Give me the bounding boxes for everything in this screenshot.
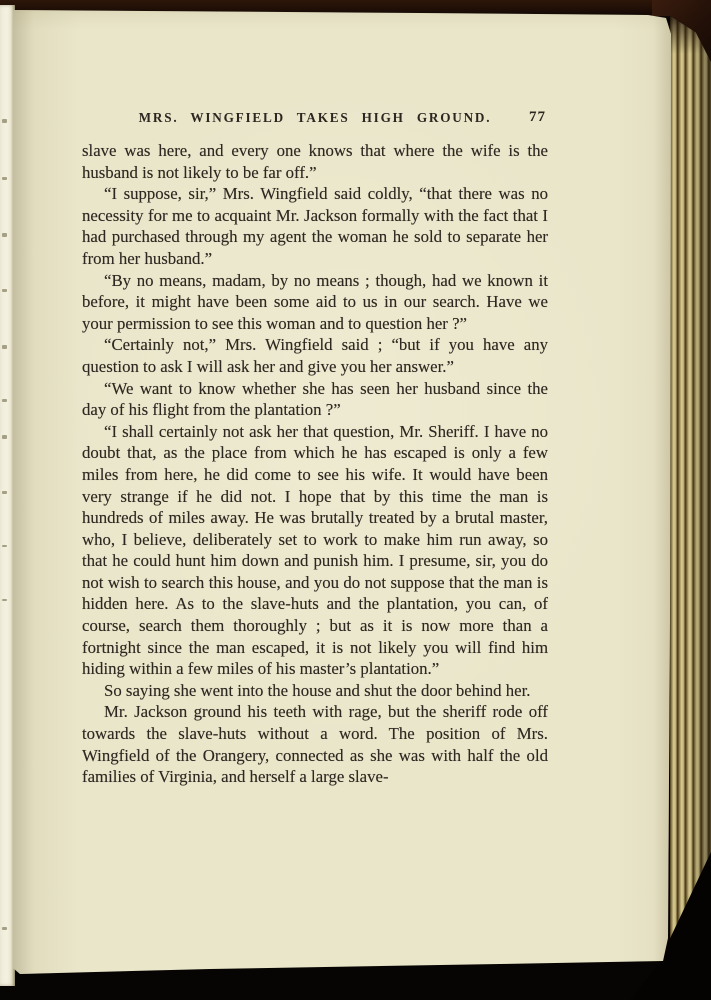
print-bleed-mark — [2, 545, 7, 547]
page-number: 77 — [529, 109, 546, 126]
facing-page-edge — [0, 5, 15, 986]
print-bleed-mark — [2, 289, 7, 292]
print-bleed-mark — [2, 435, 7, 439]
body-paragraph: “I suppose, sir,” Mrs. Wingfield said co… — [82, 183, 548, 269]
fore-edge-page-stack — [670, 12, 711, 968]
body-paragraph: Mr. Jackson ground his teeth with rage, … — [82, 701, 548, 787]
body-paragraph: So saying she went into the house and sh… — [82, 680, 548, 702]
page-body: slave was here, and every one knows that… — [82, 140, 548, 788]
body-paragraph: “I shall certainly not ask her that ques… — [82, 421, 548, 680]
print-bleed-mark — [2, 119, 7, 123]
running-header: MRS. WINGFIELD TAKES HIGH GROUND. 77 — [82, 110, 548, 130]
book-page: MRS. WINGFIELD TAKES HIGH GROUND. 77 sla… — [0, 0, 711, 1000]
body-paragraph: “Certainly not,” Mrs. Wingfield said ; “… — [82, 334, 548, 377]
print-bleed-mark — [2, 233, 7, 237]
print-bleed-mark — [2, 345, 7, 349]
running-title: MRS. WINGFIELD TAKES HIGH GROUND. — [82, 110, 548, 126]
print-bleed-mark — [2, 491, 7, 494]
body-paragraph: “We want to know whether she has seen he… — [82, 378, 548, 421]
print-bleed-mark — [2, 399, 7, 402]
print-bleed-mark — [2, 927, 7, 930]
print-bleed-mark — [2, 599, 7, 601]
scanned-book-photo: MRS. WINGFIELD TAKES HIGH GROUND. 77 sla… — [0, 0, 711, 1000]
body-paragraph: slave was here, and every one knows that… — [82, 140, 548, 183]
body-paragraph: “By no means, madam, by no means ; thoug… — [82, 270, 548, 335]
print-bleed-mark — [2, 177, 7, 180]
